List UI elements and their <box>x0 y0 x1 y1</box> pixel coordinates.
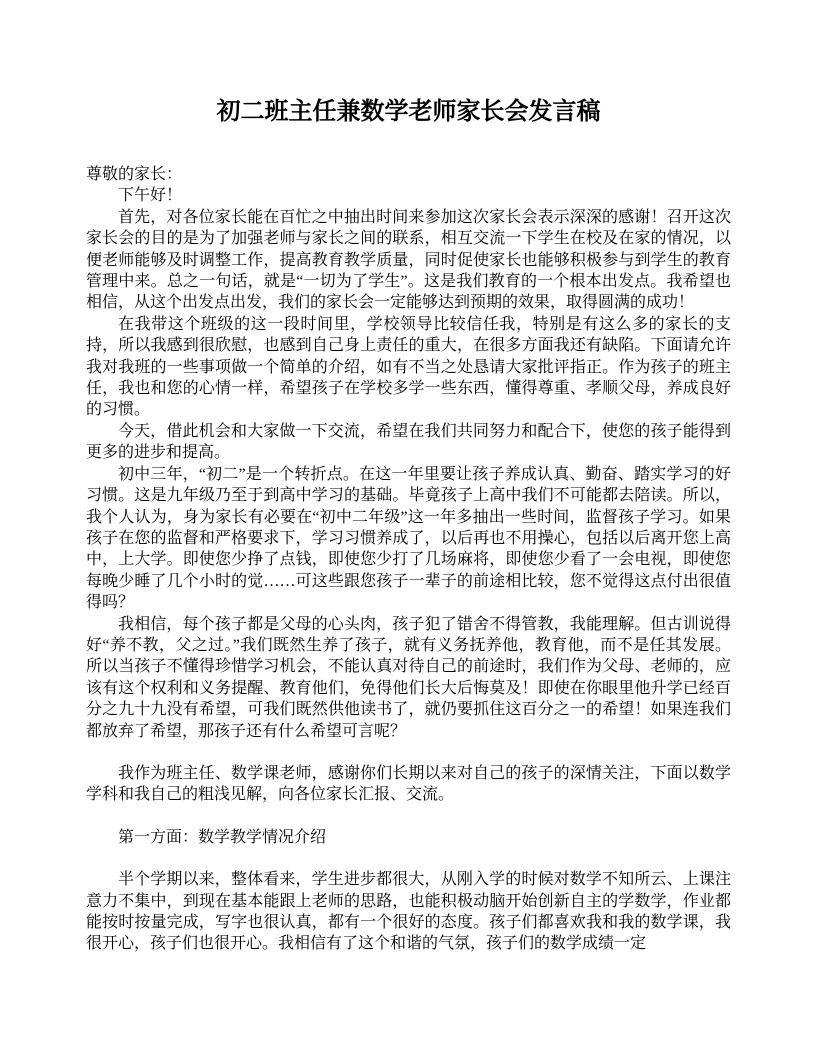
paragraph-thanks-purpose: 首先，对各位家长能在百忙之中抽出时间来参加这次家长会表示深深的感谢！召开这次家长… <box>86 207 731 314</box>
document-title: 初二班主任兼数学老师家长会发言稿 <box>86 96 731 128</box>
paragraph-parenting-duty: 我相信，每个孩子都是父母的心头肉，孩子犯了错舍不得管教，我能理解。但古训说得好“… <box>86 614 731 742</box>
document-page: 初二班主任兼数学老师家长会发言稿 尊敬的家长： 下午好！ 首先，对各位家长能在百… <box>0 0 816 1056</box>
paragraph-semester-review: 半个学期以来，整体看来，学生进步都很大，从刚入学的时候对数学不知所云、上课注意力… <box>86 869 731 955</box>
greeting: 下午好！ <box>86 185 731 206</box>
section-heading-math-teaching: 第一方面：数学教学情况介绍 <box>86 827 731 848</box>
paragraph-grade8-turning-point: 初中三年，“初二”是一个转折点。在这一年里要让孩子养成认真、勤奋、踏实学习的好习… <box>86 464 731 614</box>
salutation: 尊敬的家长： <box>86 164 731 185</box>
paragraph-teacher-transition: 我作为班主任、数学课老师，感谢你们长期以来对自己的孩子的深情关注，下面以数学学科… <box>86 763 731 806</box>
paragraph-exchange-goal: 今天，借此机会和大家做一下交流，希望在我们共同努力和配合下，使您的孩子能得到更多… <box>86 421 731 464</box>
paragraph-class-introduction: 在我带这个班级的这一段时间里，学校领导比较信任我，特别是有这么多的家长的支持，所… <box>86 314 731 421</box>
